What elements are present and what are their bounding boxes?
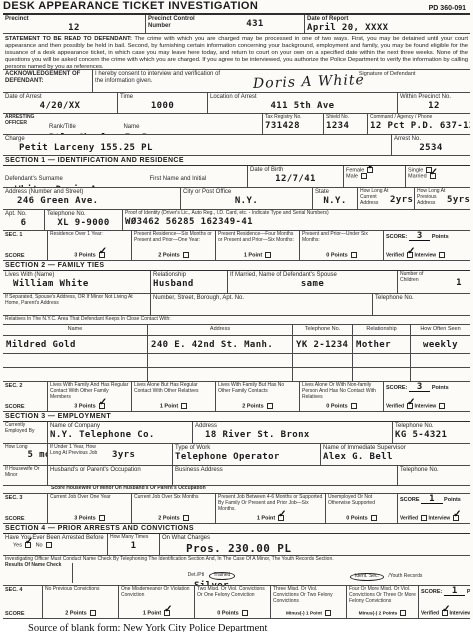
sec2-option-2: Lives Alone But Has Regular Contact With…: [132, 382, 216, 411]
apt-number-value: 6: [5, 218, 42, 228]
how-many-times-field: How Many Times 1: [108, 534, 160, 555]
sex-field: Female Male: [344, 166, 406, 187]
section-1-score-row: SEC. 1 SCORE Residence Over 1 Year: 3 Po…: [3, 231, 470, 261]
address-field: Address (Number and Street) 246 Green Av…: [3, 188, 181, 209]
relative-row-1: Mildred Gold 240 E. 42nd St. Manh. YK 2-…: [3, 336, 470, 354]
sec2-option-1-checkbox: [99, 403, 105, 409]
spouse-name-value: same: [230, 279, 395, 289]
sec3-score-value: 1: [421, 495, 442, 504]
location-of-arrest-field: Location of Arrest 411 5th Ave: [208, 93, 398, 113]
sec3-option-4-checkbox: [371, 515, 377, 521]
parent-occupation-field: Husband's or Parent's Occupation: [48, 466, 173, 485]
sec2-verified-checkbox: [407, 403, 413, 409]
sec4-option-3-checkbox: [242, 610, 248, 616]
control-number-label: Precinct Control Number: [148, 16, 208, 30]
arrest-number-value: 2534: [394, 143, 468, 153]
sec3-option-3-checkbox: [278, 515, 284, 521]
sec2-option-3-checkbox: [267, 403, 273, 409]
officer-name-value: Ptl. Charles F. Brown: [49, 133, 260, 134]
housewife-row: If Housewife Or Minor Husband's or Paren…: [3, 466, 470, 486]
sec3-option-1: Current Job Over One Year 3 Points: [48, 494, 132, 523]
acknowledgement-label: ACKNOWLEDGEMENT OF DEFENDANT:: [5, 71, 90, 85]
precinct-label: Precinct: [5, 16, 143, 23]
sec4-option-5: Four Or More Misd. Or Viol. Convictions …: [347, 586, 419, 618]
shield-number-value: 1234: [326, 121, 365, 131]
company-field: Name of Company N.Y. Telephone Co.: [48, 422, 193, 443]
company-address-field: Address 18 River St. Bronx: [193, 422, 393, 443]
relative-1-phone: YK 2-1234: [296, 337, 349, 350]
date-of-arrest-value: 4/20/XX: [5, 101, 115, 111]
defendant-name-field: Defendant's Surname First Name and Initi…: [3, 166, 248, 187]
command-agency-field: Command / Agency / Phone 12 Pct P.D. 637…: [368, 114, 470, 134]
desk-appearance-ticket-form: DESK APPEARANCE TICKET INVESTIGATION PD …: [0, 0, 473, 619]
sec1-option-4: Present and Prior—Under Six Months: 0 Po…: [300, 231, 384, 260]
proof-of-identity-value: WØ3462 56285 162349-41: [125, 217, 468, 227]
children-count-field: Number of Children 1: [398, 271, 470, 293]
sec4-option-4-checkbox: [325, 610, 331, 616]
results-of-name-check-label: Results Of Name Check: [3, 563, 73, 583]
defendant-signature: Doris A White: [252, 72, 364, 92]
location-value: 411 5th Ave: [210, 101, 395, 111]
tax-registry-value: 731428: [265, 121, 321, 131]
control-number-field: Precinct Control Number 431: [146, 15, 305, 33]
time-value: 1000: [120, 101, 205, 111]
sec3-option-4: Unemployed Or Not Otherwise Supported 0 …: [326, 494, 398, 523]
acknowledgement-row: ACKNOWLEDGEMENT OF DEFENDANT: I hereby c…: [3, 70, 470, 93]
acknowledgement-label-cell: ACKNOWLEDGEMENT OF DEFENDANT:: [3, 70, 93, 92]
employer-row: Currently Employed By Name of Company N.…: [3, 422, 470, 444]
separated-street-field: Number, Street, Borough, Apt. No.: [151, 294, 373, 315]
how-long-field: How Long 5 mo: [3, 444, 48, 465]
section-4-score-row: SEC. 4 SCORE No Previous Convictions 2 P…: [3, 586, 470, 619]
sec2-score-total: SCORE: 3 Points Verified Interview: [384, 382, 470, 411]
relative-row-3: [3, 368, 470, 382]
employment-duration-row: How Long 5 mo If Under 1 Year, How Long …: [3, 444, 470, 466]
arrested-no-checkbox: [46, 542, 52, 548]
relative-1-seen: weekly: [414, 337, 467, 350]
female-checkbox: [367, 167, 373, 173]
relationship-field: Relationship Husband: [151, 271, 228, 293]
type-of-work-value: Telephone Operator: [175, 452, 318, 462]
score-housewife-note: Score Housewife Or Minor On Husband's Or…: [3, 486, 470, 494]
supervisor-field: Name of Immediate Supervisor Alex G. Bel…: [321, 444, 470, 465]
time-field: Time 1000: [118, 93, 208, 113]
sec4-option-3: Two Misd. Or Viol. Convictions Or One Fe…: [195, 586, 271, 618]
defendant-name-value: White, Doris A.: [5, 185, 245, 187]
sec4-option-5-checkbox: [400, 610, 406, 616]
sec1-interview-checkbox: [439, 252, 445, 258]
tax-registry-field: Tax Registry No. 731428: [262, 114, 324, 134]
date-of-arrest-field: Date of Arrest 4/20/XX: [3, 93, 118, 113]
sec4-option-1: No Previous Convictions 2 Points: [43, 586, 119, 618]
relatives-header-row: Name Address Telephone No. Relationship …: [3, 325, 470, 336]
sec2-option-3: Lives With Family But Has No Other Famil…: [216, 382, 300, 411]
sec3-score-label-cell: SEC. 3 SCORE: [3, 494, 48, 523]
previous-job-field: If Under 1 Year, How Long At Previous Jo…: [48, 444, 173, 465]
separated-phone-field: Telephone No.: [373, 294, 470, 315]
shield-number-field: Shield No. 1234: [324, 114, 368, 134]
form-header: DESK APPEARANCE TICKET INVESTIGATION PD …: [3, 2, 470, 15]
housewife-label-cell: If Housewife Or Minor: [3, 466, 48, 485]
sec2-option-1: Lives With Family And Has Regular Contac…: [48, 382, 132, 411]
employed-by-label-cell: Currently Employed By: [3, 422, 48, 443]
sec2-option-4-checkbox: [351, 403, 357, 409]
what-charges-field: On What Charges Pros. 230.00 PL: [160, 534, 470, 555]
sec2-option-4: Lives Alone Or With Non-family Person An…: [300, 382, 384, 411]
separated-address-row: If Separated, Spouse's Address, OR If Mi…: [3, 294, 470, 316]
spouse-name-field: If Married, Name of Defendant's Spouse s…: [228, 271, 398, 293]
separated-address-label-cell: If Separated, Spouse's Address, OR If Mi…: [3, 294, 151, 315]
company-value: N.Y. Telephone Co.: [50, 430, 190, 440]
arresting-officer-label-cell: ARRESTING OFFICER: [3, 114, 47, 134]
arrested-before-field: Have You Ever Been Arrested Before Yes N…: [3, 534, 108, 555]
source-caption: Source of blank form: New York City Poli…: [0, 619, 473, 632]
relatives-caption: Relatives In The N.Y.C. Area That Defend…: [3, 316, 470, 325]
apt-phone-proof-row: Apt. No. 6 Telephone No. XL 9-9000 Proof…: [3, 210, 470, 231]
what-charges-value: Pros. 230.00 PL: [162, 542, 468, 555]
proof-of-identity-field: Proof of Identity (Driver's Lic., Auto R…: [123, 210, 470, 230]
state-value: N.Y.: [315, 196, 355, 206]
relative-1-relationship: Mother: [356, 337, 407, 350]
charge-row: Charge Petit Larceny 155.25 PL Arrest No…: [3, 135, 470, 156]
charge-value: Petit Larceny 155.25 PL: [5, 143, 389, 153]
prior-arrests-row: Have You Ever Been Arrested Before Yes N…: [3, 534, 470, 556]
sec3-interview-checkbox: [453, 515, 459, 521]
sec1-verified-checkbox: [407, 252, 413, 258]
city-value: N.Y.: [183, 196, 310, 206]
relative-1-address: 240 E. 42nd St. Manh.: [151, 337, 289, 350]
business-address-field: Business Address: [173, 466, 398, 485]
date-of-birth-value: 12/7/41: [250, 174, 341, 184]
section-3-header: SECTION 3 — EMPLOYMENT: [3, 412, 470, 422]
lives-with-row: Lives With (Name) William White Relation…: [3, 271, 470, 294]
relative-1-name: Mildred Gold: [6, 337, 144, 350]
sec1-score-value: 3: [409, 232, 430, 241]
sec1-option-3-checkbox: [265, 252, 271, 258]
city-field: City or Post Office N.Y.: [181, 188, 313, 209]
sec2-score-value: 3: [409, 383, 430, 392]
consent-text: I hereby consent to interview and verifi…: [93, 70, 223, 92]
company-address-value: 18 River St. Bronx: [195, 430, 390, 440]
section-1-header: SECTION 1 — IDENTIFICATION AND RESIDENCE: [3, 156, 470, 166]
charge-field: Charge Petit Larceny 155.25 PL: [3, 135, 392, 155]
statement-lead: STATEMENT TO BE READ TO DEFENDANT:: [5, 36, 132, 42]
ident-sec-area: Ident. Sec. /Youth Records: [350, 563, 470, 586]
relative-row-2: [3, 354, 470, 368]
name-check-detail: Det./Ptl Trained Silver: [73, 563, 350, 586]
sec4-score-value: 1: [444, 587, 465, 596]
telephone-value: XL 9-9000: [47, 218, 120, 228]
statement-to-defendant: STATEMENT TO BE READ TO DEFENDANT: The c…: [3, 34, 470, 70]
relationship-value: Husband: [153, 279, 225, 289]
sec4-score-label-cell: SEC. 4 SCORE: [3, 586, 43, 618]
arresting-officer-row: ARRESTING OFFICER Rank/Title Name Ptl. C…: [3, 114, 470, 135]
sec3-option-3: Present Job Between 4-6 Months or Suppor…: [216, 494, 326, 523]
how-many-times-value: 1: [110, 541, 157, 551]
section-3-score-row: SEC. 3 SCORE Current Job Over One Year 3…: [3, 494, 470, 524]
supervisor-value: Alex G. Bell: [323, 452, 468, 462]
sec1-option-1: Residence Over 1 Year: 3 Points: [48, 231, 132, 260]
sec1-score-total: SCORE: 3 Points Verified Interview: [384, 231, 470, 260]
current-address-duration-field: How Long At Current Address 2yrs: [358, 188, 415, 209]
within-precinct-field: Within Precinct No. 12: [398, 93, 470, 113]
sec1-option-2: Present Residence—Six Months or Present …: [132, 231, 216, 260]
form-title: DESK APPEARANCE TICKET INVESTIGATION: [3, 0, 258, 12]
precinct-row: Precinct 12 Precinct Control Number 431 …: [3, 15, 470, 34]
sec2-score-label-cell: SEC. 2 SCORE: [3, 382, 48, 411]
defendant-name-row: Defendant's Surname First Name and Initi…: [3, 166, 470, 188]
sec1-option-1-checkbox: [99, 252, 105, 258]
arrest-info-row: Date of Arrest 4/20/XX Time 1000 Locatio…: [3, 93, 470, 114]
sec1-option-4-checkbox: [351, 252, 357, 258]
sec1-option-2-checkbox: [183, 252, 189, 258]
sec1-score-label-cell: SEC. 1 SCORE: [3, 231, 48, 260]
sec4-score-total: SCORE: 1 Points Verified Interview: [419, 586, 470, 618]
form-number: PD 360-091: [429, 5, 470, 12]
sec3-score-total: SCORE 1 Points Verified Interview: [398, 494, 470, 523]
trained-circled: Trained: [209, 572, 236, 580]
state-field: State N.Y.: [313, 188, 358, 209]
date-of-birth-field: Date of Birth 12/7/41: [248, 166, 344, 187]
precinct-field: Precinct 12: [3, 15, 146, 33]
telephone-field: Telephone No. XL 9-9000: [45, 210, 123, 230]
sec3-option-1-checkbox: [99, 515, 105, 521]
sec2-option-2-checkbox: [181, 403, 187, 409]
name-check-row: Investigating Officer Must Conduct Name …: [3, 556, 470, 586]
sec4-option-2: One Misdemeanor Or Violation Conviction …: [119, 586, 195, 618]
ident-sec-circled: Ident. Sec.: [350, 573, 384, 581]
within-precinct-value: 12: [400, 101, 468, 111]
company-phone-value: KG 5-4321: [395, 430, 468, 440]
previous-address-duration-field: How Long At Previous Address 5yrs: [415, 188, 470, 209]
precinct-value: 12: [5, 23, 143, 33]
signature-label: Signature of Defendant: [359, 71, 416, 77]
officer-name-field: Rank/Title Name Ptl. Charles F. Brown: [47, 114, 262, 134]
sec2-interview-checkbox: [439, 403, 445, 409]
sec3-verified-checkbox: [421, 515, 427, 521]
section-4-header: SECTION 4 — PRIOR ARRESTS AND CONVICTION…: [3, 524, 470, 534]
business-phone-field: Telephone No.: [398, 466, 470, 485]
sec4-option-1-checkbox: [90, 610, 96, 616]
married-checkbox: [430, 173, 436, 179]
signature-area: Signature of Defendant Doris A White: [223, 70, 470, 92]
sec4-verified-checkbox: [442, 610, 448, 616]
section-2-header: SECTION 2 — FAMILY TIES: [3, 261, 470, 271]
arrested-yes-checkbox: [25, 542, 31, 548]
arrest-number-field: Arrest No. 2534: [392, 135, 470, 155]
sec3-option-2: Current Job Over Six Months 2 Points: [132, 494, 216, 523]
sec1-option-3: Present Residence—Four Months or Present…: [216, 231, 300, 260]
command-agency-value: 12 Pct P.D. 637-1212: [370, 121, 468, 131]
section-2-score-row: SEC. 2 SCORE Lives With Family And Has R…: [3, 382, 470, 412]
company-phone-field: Telephone No. KG 5-4321: [393, 422, 470, 443]
address-row: Address (Number and Street) 246 Green Av…: [3, 188, 470, 210]
marital-status-field: Single Married: [406, 166, 470, 187]
sec3-option-2-checkbox: [183, 515, 189, 521]
sec4-option-2-checkbox: [164, 610, 170, 616]
date-of-report-label: Date of Report: [307, 16, 468, 23]
male-checkbox: [361, 173, 367, 179]
relatives-table: Name Address Telephone No. Relationship …: [3, 325, 470, 382]
sec4-option-4: Three Misd. Or Viol. Convictions Or Two …: [271, 586, 347, 618]
apt-number-field: Apt. No. 6: [3, 210, 45, 230]
date-of-report-field: Date of Report April 20, XXXX: [305, 15, 470, 33]
date-of-report-value: April 20, XXXX: [307, 23, 468, 33]
lives-with-value: William White: [5, 279, 148, 289]
type-of-work-field: Type of Work Telephone Operator: [173, 444, 321, 465]
lives-with-field: Lives With (Name) William White: [3, 271, 151, 293]
address-value: 246 Green Ave.: [5, 196, 178, 206]
